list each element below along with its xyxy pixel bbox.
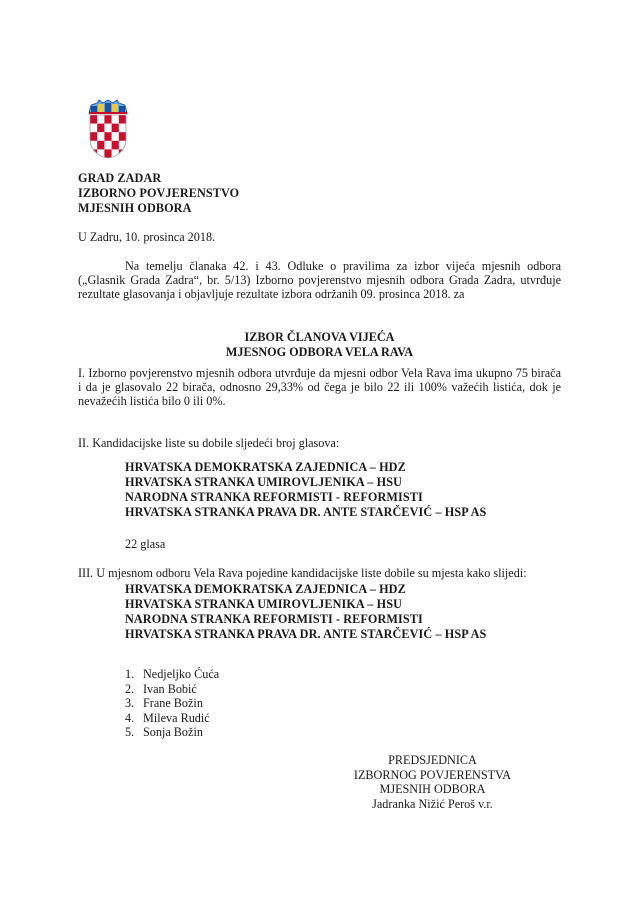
party-list-votes: HRVATSKA DEMOKRATSKA ZAJEDNICA – HDZ HRV…: [125, 460, 486, 520]
party-item: HRVATSKA DEMOKRATSKA ZAJEDNICA – HDZ: [125, 582, 486, 597]
party-item: HRVATSKA STRANKA UMIROVLJENIKA – HSU: [125, 475, 486, 490]
member-item: 2. Ivan Bobić: [125, 682, 219, 697]
member-item: 1. Nedjeljko Ćuća: [125, 667, 219, 682]
issuer-block: GRAD ZADAR IZBORNO POVJERENSTVO MJESNIH …: [78, 171, 239, 216]
member-number: 1.: [125, 667, 143, 682]
member-name: Mileva Rudić: [143, 711, 210, 726]
member-number: 3.: [125, 696, 143, 711]
member-name: Ivan Bobić: [143, 682, 197, 697]
section-2-heading: II. Kandidacijske liste su dobile sljede…: [78, 436, 339, 450]
section-1-text: I. Izborno povjerenstvo mjesnih odbora u…: [78, 366, 561, 408]
crest-graphic: [86, 99, 130, 159]
party-item: HRVATSKA STRANKA UMIROVLJENIKA – HSU: [125, 597, 486, 612]
party-list-seats: HRVATSKA DEMOKRATSKA ZAJEDNICA – HDZ HRV…: [125, 582, 486, 642]
crown: [89, 100, 127, 114]
title-line-1: IZBOR ČLANOVA VIJEĆA: [78, 330, 561, 345]
signatory-name: Jadranka Nižić Peroš v.r.: [330, 797, 535, 812]
member-number: 2.: [125, 682, 143, 697]
member-item: 4. Mileva Rudić: [125, 711, 219, 726]
member-item: 5. Sonja Božin: [125, 725, 219, 740]
issuer-line-city: GRAD ZADAR: [78, 171, 239, 186]
member-name: Frane Božin: [143, 696, 203, 711]
date-line: U Zadru, 10. prosinca 2018.: [78, 230, 215, 244]
document-title: IZBOR ČLANOVA VIJEĆA MJESNOG ODBORA VELA…: [78, 330, 561, 360]
party-item: NARODNA STRANKA REFORMISTI - REFORMISTI: [125, 490, 486, 505]
section-3-heading: III. U mjesnom odboru Vela Rava pojedine…: [78, 566, 527, 580]
party-item: NARODNA STRANKA REFORMISTI - REFORMISTI: [125, 612, 486, 627]
signature-title-line: PREDSJEDNICA: [330, 753, 535, 768]
section-1: I. Izborno povjerenstvo mjesnih odbora u…: [78, 366, 561, 408]
member-name: Sonja Božin: [143, 725, 203, 740]
signature-block: PREDSJEDNICA IZBORNOG POVJERENSTVA MJESN…: [330, 753, 535, 811]
signature-title-line: IZBORNOG POVJERENSTVA: [330, 768, 535, 783]
coat-of-arms-icon: [86, 99, 130, 159]
member-number: 5.: [125, 725, 143, 740]
title-line-2: MJESNOG ODBORA VELA RAVA: [78, 345, 561, 360]
party-item: HRVATSKA STRANKA PRAVA DR. ANTE STARČEVI…: [125, 627, 486, 642]
member-name: Nedjeljko Ćuća: [143, 667, 219, 682]
party-item: HRVATSKA DEMOKRATSKA ZAJEDNICA – HDZ: [125, 460, 486, 475]
signature-title-line: MJESNIH ODBORA: [330, 782, 535, 797]
issuer-line-commission: IZBORNO POVJERENSTVO: [78, 186, 239, 201]
party-item: HRVATSKA STRANKA PRAVA DR. ANTE STARČEVI…: [125, 505, 486, 520]
intro-text: Na temelju članaka 42. i 43. Odluke o pr…: [78, 259, 561, 301]
member-item: 3. Frane Božin: [125, 696, 219, 711]
member-number: 4.: [125, 711, 143, 726]
issuer-line-committees: MJESNIH ODBORA: [78, 201, 239, 216]
votes-total: 22 glasa: [125, 537, 165, 551]
intro-paragraph: Na temelju članaka 42. i 43. Odluke o pr…: [78, 259, 561, 301]
elected-members-list: 1. Nedjeljko Ćuća 2. Ivan Bobić 3. Frane…: [125, 667, 219, 740]
